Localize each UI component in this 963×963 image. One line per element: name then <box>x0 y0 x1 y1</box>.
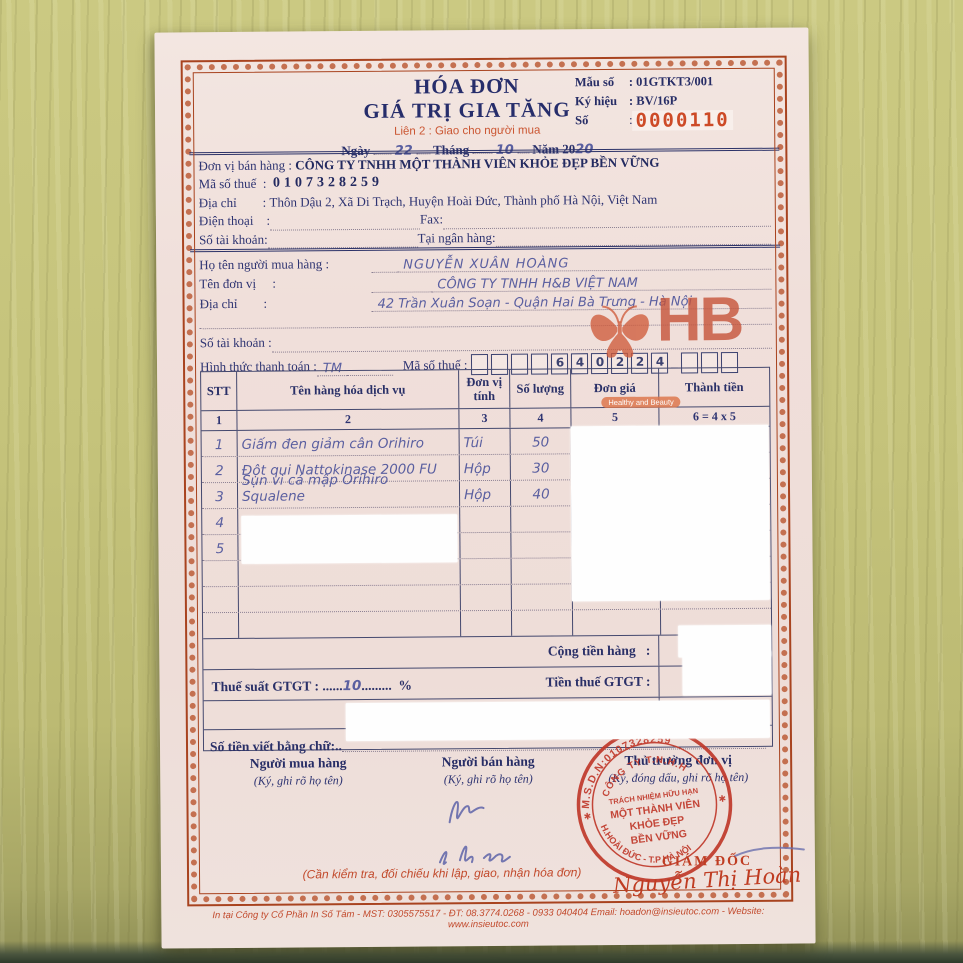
empty-cell <box>203 561 239 586</box>
empty-cell <box>461 585 512 610</box>
redaction-box-words <box>346 700 770 741</box>
item-qty <box>511 506 572 531</box>
so-label: Số <box>575 111 629 131</box>
col-qty: Số lượng <box>510 369 571 407</box>
col-price: Đơn giá <box>571 369 659 408</box>
empty-cell <box>512 584 573 609</box>
stamp-star-right: ✱ <box>718 793 727 804</box>
buyer-company: CÔNG TY TNHH H&B VIỆT NAM <box>431 276 644 293</box>
subtotal-label: Cộng tiền hàng : <box>203 636 658 670</box>
redaction-box-names <box>241 514 457 564</box>
buyer-section: Họ tên người mua hàng : NGUYỄN XUÂN HOÀN… <box>199 251 772 377</box>
buyer-signature-subtitle: (Ký, ghi rõ họ tên) <box>203 773 393 789</box>
seller-tax-code: 0107328259 <box>273 174 383 193</box>
buyer-signature-block: Người mua hàng (Ký, ghi rõ họ tên) <box>203 755 393 789</box>
form-number-row: Số :0000110 <box>575 110 771 132</box>
seller-signature-subtitle: (Ký, ghi rõ họ tên) <box>393 771 583 787</box>
item-name: Giấm đen giảm cân Orihiro <box>238 429 460 456</box>
item-stt: 2 <box>202 457 238 482</box>
numbering-cell: 3 <box>459 409 510 428</box>
seller-name: CÔNG TY TNHH MỘT THÀNH VIÊN KHỎE ĐẸP BỀN… <box>295 154 659 175</box>
invoice-paper: HÓA ĐƠN GIÁ TRỊ GIA TĂNG Liên 2 : Giao c… <box>154 27 815 948</box>
seller-signature-block: Người bán hàng (Ký, ghi rõ họ tên) <box>393 753 583 787</box>
empty-cell <box>203 587 239 612</box>
empty-cell <box>512 610 573 635</box>
buyer-address-label: Địa chỉ : <box>199 293 371 314</box>
empty-cell <box>573 610 661 636</box>
buyer-name: NGUYỄN XUÂN HOÀNG <box>397 257 575 273</box>
col-amount: Thành tiền <box>659 368 769 407</box>
empty-cell <box>239 611 461 638</box>
empty-cell <box>203 613 239 638</box>
item-stt: 3 <box>202 483 238 508</box>
col-unit: Đơn vị tính <box>459 370 510 408</box>
numbering-cell: 5 <box>571 408 659 428</box>
item-qty: 40 <box>511 480 572 505</box>
empty-cell <box>512 558 573 583</box>
seller-section: Đơn vị bán hàng : CÔNG TY TNHH MỘT THÀNH… <box>198 153 771 250</box>
printer-info-line: In tại Công ty Cổ Phần In Số Tám - MST: … <box>181 906 795 933</box>
seller-address: Thôn Dậu 2, Xã Di Trạch, Huyện Hoài Đức,… <box>269 190 657 211</box>
buyer-account-label: Số tài khoản : <box>200 333 272 353</box>
item-qty: 50 <box>511 428 572 453</box>
invoice-content: HÓA ĐƠN GIÁ TRỊ GIA TĂNG Liên 2 : Giao c… <box>183 58 792 905</box>
numbering-cell: 4 <box>510 408 571 427</box>
item-unit: Túi <box>460 429 511 454</box>
form-template-row: Mẫu số : 01GTKT3/001 <box>575 72 771 93</box>
item-stt: 1 <box>202 431 238 456</box>
item-unit: Hộp <box>460 455 511 480</box>
table-header-row: STT Tên hàng hóa dịch vụ Đơn vị tính Số … <box>201 368 769 411</box>
item-unit: Hộp <box>460 481 511 506</box>
seller-account-label: Số tài khoản: <box>199 230 268 249</box>
ky-hieu-value: : BV/16P <box>629 91 677 110</box>
buyer-address: 42 Trần Xuân Soạn - Quận Hai Bà Trưng - … <box>371 295 698 313</box>
form-serial-sign-row: Ký hiệu : BV/16P <box>575 91 771 112</box>
col-stt: STT <box>201 372 237 410</box>
buyer-name-label: Họ tên người mua hàng : <box>199 254 371 275</box>
mau-so-value: : 01GTKT3/001 <box>629 72 714 92</box>
ky-hieu-label: Ký hiệu <box>575 92 629 111</box>
seller-fax-label: Fax: <box>420 211 443 230</box>
buyer-address-continuation <box>200 309 772 329</box>
stamp-star-left: ✱ <box>583 811 592 822</box>
empty-cell <box>461 611 512 636</box>
items-table: STT Tên hàng hóa dịch vụ Đơn vị tính Số … <box>200 367 773 751</box>
vat-rate-value: 10 <box>343 678 362 694</box>
seller-name-label: Đơn vị bán hàng : <box>198 156 295 175</box>
buyer-company-label: Tên đơn vị : <box>199 273 371 294</box>
numbering-cell: 2 <box>237 409 459 430</box>
ornamental-border: HÓA ĐƠN GIÁ TRỊ GIA TĂNG Liên 2 : Giao c… <box>181 56 794 907</box>
vat-rate-label: Thuế suất GTGT : ...... <box>211 678 342 695</box>
form-info-block: Mẫu số : 01GTKT3/001 Ký hiệu : BV/16P Số… <box>575 72 771 132</box>
seller-signature-title: Người bán hàng <box>393 753 583 770</box>
invoice-number: 0000110 <box>633 110 733 131</box>
buyer-account-line: Số tài khoản : <box>200 329 772 353</box>
item-stt: 5 <box>202 535 238 560</box>
vat-rate-suffix: ......... % <box>361 678 412 694</box>
empty-cell <box>239 585 461 612</box>
item-qty: 30 <box>511 454 572 479</box>
seller-phone-label: Điện thoại : <box>199 212 270 231</box>
redaction-box-vat <box>682 651 771 696</box>
redaction-box-prices <box>571 425 770 602</box>
vat-rate-line: Thuế suất GTGT : ......10......... % <box>211 678 412 696</box>
item-unit <box>460 507 511 532</box>
numbering-cell: 6 = 4 x 5 <box>659 407 769 427</box>
buyer-signature-title: Người mua hàng <box>203 755 393 772</box>
mau-so-label: Mẫu số <box>575 73 629 92</box>
item-name: Sụn vi cá mập Orihiro Squalene <box>238 481 460 508</box>
seller-bank-label: Tại ngân hàng: <box>418 229 496 248</box>
item-stt: 4 <box>202 509 238 534</box>
col-name: Tên hàng hóa dịch vụ <box>237 370 459 410</box>
numbering-cell: 1 <box>201 411 237 430</box>
seller-address-label: Địa chỉ : <box>199 193 270 212</box>
seller-tax-label: Mã số thuế : <box>199 175 274 194</box>
item-unit <box>460 533 511 558</box>
empty-cell <box>461 559 512 584</box>
item-qty <box>511 532 572 557</box>
